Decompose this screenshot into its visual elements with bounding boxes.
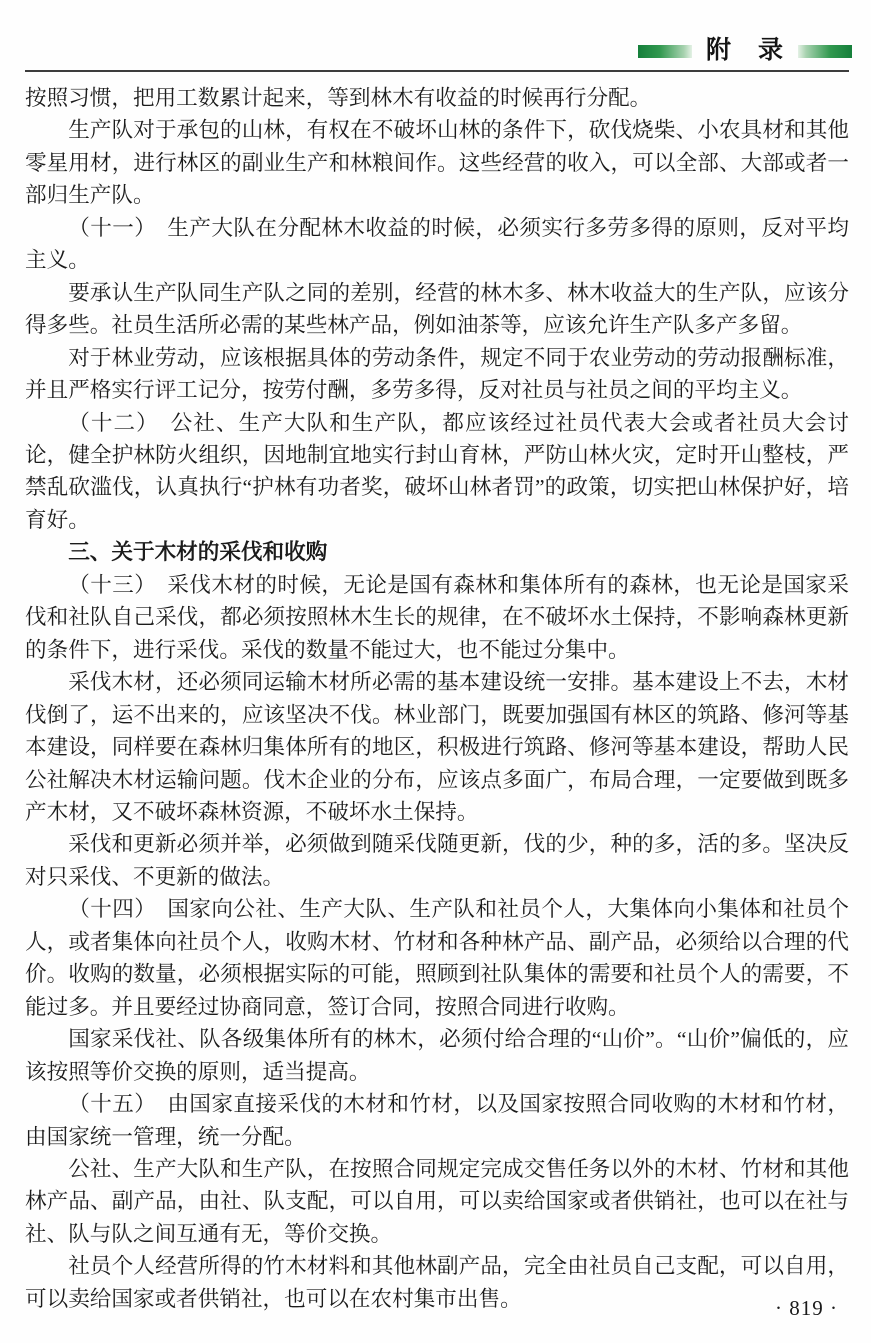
- header-gradient-bar-left: [638, 45, 692, 58]
- paragraph: 采伐和更新必须并举，必须做到随采伐随更新，伐的少，种的多，活的多。坚决反对只采伐…: [25, 828, 849, 893]
- paragraph: 按照习惯，把用工数累计起来，等到林木有收益的时候再行分配。: [25, 82, 849, 114]
- page-number: · 819 ·: [775, 1296, 838, 1320]
- document-page: 附 录 按照习惯，把用工数累计起来，等到林木有收益的时候再行分配。生产队对于承包…: [0, 0, 871, 1343]
- paragraph: 生产队对于承包的山林，有权在不破坏山林的条件下，砍伐烧柴、小农具材和其他零星用材…: [25, 114, 849, 211]
- paragraph: （十四） 国家向公社、生产大队、生产队和社员个人，大集体向小集体和社员个人，或者…: [25, 893, 849, 1023]
- document-body: 按照习惯，把用工数累计起来，等到林木有收益的时候再行分配。生产队对于承包的山林，…: [25, 82, 849, 1315]
- paragraph: （十三） 采伐木材的时候，无论是国有森林和集体所有的森林，也无论是国家采伐和社队…: [25, 569, 849, 666]
- paragraph: （十二） 公社、生产大队和生产队，都应该经过社员代表大会或者社员大会讨论，健全护…: [25, 407, 849, 537]
- paragraph: 要承认生产队同生产队之同的差别，经营的林木多、林木收益大的生产队，应该分得多些。…: [25, 277, 849, 342]
- page-footer: · 819 ·: [775, 1296, 838, 1321]
- paragraph: 采伐木材，还必须同运输木材所必需的基本建设统一安排。基本建设上不去，木材伐倒了，…: [25, 666, 849, 828]
- header-gradient-bar-right: [798, 45, 852, 58]
- running-head-title: 附 录: [706, 38, 784, 65]
- paragraph: 公社、生产大队和生产队，在按照合同规定完成交售任务以外的木材、竹材和其他林产品、…: [25, 1153, 849, 1250]
- paragraph: 国家采伐社、队各级集体所有的林木，必须付给合理的“山价”。“山价”偏低的，应该按…: [25, 1023, 849, 1088]
- paragraph: （十一） 生产大队在分配林木收益的时候，必须实行多劳多得的原则，反对平均主义。: [25, 212, 849, 277]
- header-rule: [25, 70, 849, 72]
- page-header: 附 录: [638, 38, 852, 65]
- paragraph: 社员个人经营所得的竹木材料和其他林副产品，完全由社员自己支配，可以自用，可以卖给…: [25, 1250, 849, 1315]
- paragraph: 对于林业劳动，应该根据具体的劳动条件，规定不同于农业劳动的劳动报酬标准，并且严格…: [25, 342, 849, 407]
- paragraph: 三、关于木材的采伐和收购: [25, 536, 849, 568]
- paragraph: （十五） 由国家直接采伐的木材和竹材，以及国家按照合同收购的木材和竹材，由国家统…: [25, 1088, 849, 1153]
